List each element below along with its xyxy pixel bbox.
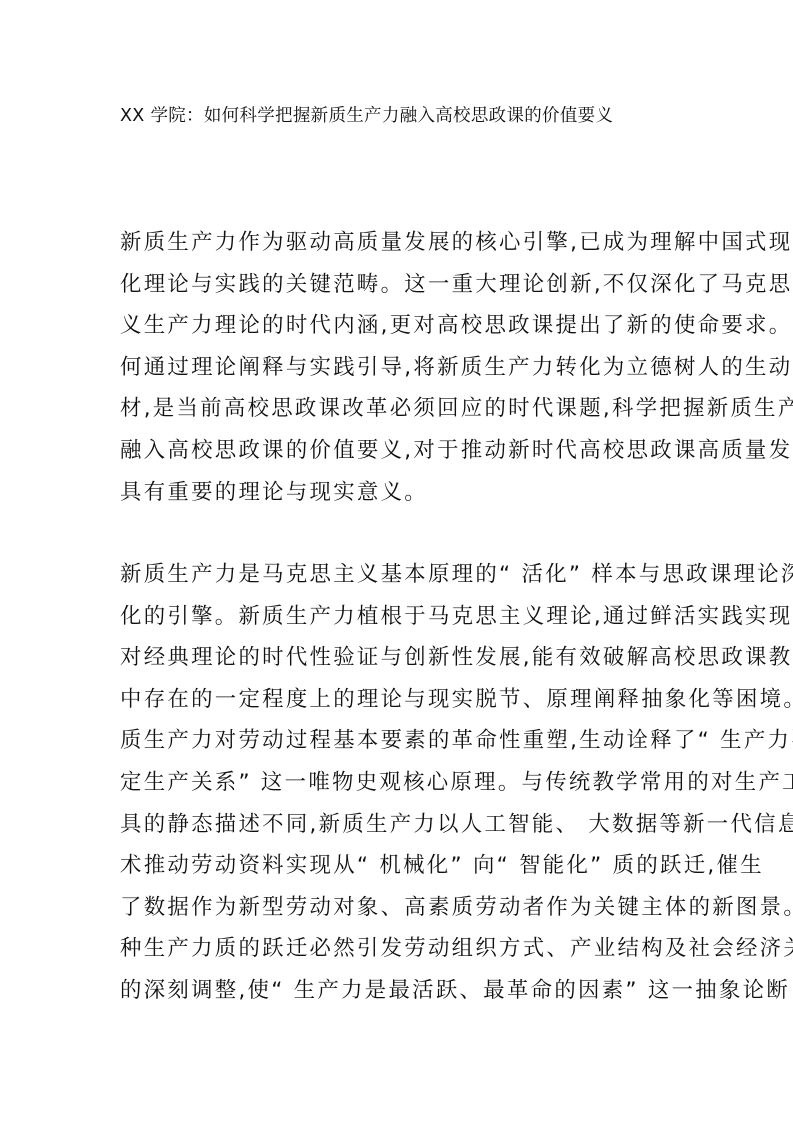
paragraph-line: 新质生产力是马克思主义基本原理的“ 活化” 样本与思政课理论深 (120, 554, 680, 596)
paragraph-line: 术推动劳动资料实现从“ 机械化” 向“ 智能化” 质的跃迁,催生 (120, 845, 680, 887)
paragraph-line: 新质生产力作为驱动高质量发展的核心引擎,已成为理解中国式现代 (120, 222, 680, 264)
paragraph-body: 新质生产力是马克思主义基本原理的“ 活化” 样本与思政课理论深 化的引擎。新质生… (120, 554, 680, 1012)
paragraph-line: 中存在的一定程度上的理论与现实脱节、原理阐释抽象化等困境。新 (120, 679, 680, 721)
paragraph-line: 定生产关系” 这一唯物史观核心原理。与传统教学常用的对生产工 (120, 762, 680, 804)
document-title: XX 学院：如何科学把握新质生产力融入高校思政课的价值要义 (120, 104, 613, 128)
paragraph-line: 化理论与实践的关键范畴。这一重大理论创新,不仅深化了马克思主 (120, 264, 680, 306)
paragraph-line: 融入高校思政课的价值要义,对于推动新时代高校思政课高质量发展, (120, 430, 680, 472)
paragraph-line: 材,是当前高校思政课改革必须回应的时代课题,科学把握新质生产力 (120, 388, 680, 430)
paragraph-line: 具有重要的理论与现实意义。 (120, 472, 680, 514)
paragraph-line: 何通过理论阐释与实践引导,将新质生产力转化为立德树人的生动教 (120, 347, 680, 389)
document-page: XX 学院：如何科学把握新质生产力融入高校思政课的价值要义 新质生产力作为驱动高… (0, 0, 793, 1122)
paragraph-line: 的深刻调整,使“ 生产力是最活跃、最革命的因素” 这一抽象论断 (120, 970, 680, 1012)
paragraph-line: 化的引擎。新质生产力植根于马克思主义理论,通过鲜活实践实现了 (120, 596, 680, 638)
paragraph-line: 具的静态描述不同,新质生产力以人工智能、 大数据等新一代信息技 (120, 804, 680, 846)
paragraph-line: 了数据作为新型劳动对象、高素质劳动者作为关键主体的新图景。这 (120, 887, 680, 929)
paragraph-line: 义生产力理论的时代内涵,更对高校思政课提出了新的使命要求。如 (120, 305, 680, 347)
paragraph-line: 质生产力对劳动过程基本要素的革命性重塑,生动诠释了“ 生产力决 (120, 720, 680, 762)
paragraph-line: 种生产力质的跃迁必然引发劳动组织方式、产业结构及社会经济关系 (120, 928, 680, 970)
paragraph-intro: 新质生产力作为驱动高质量发展的核心引擎,已成为理解中国式现代 化理论与实践的关键… (120, 222, 680, 513)
paragraph-line: 对经典理论的时代性验证与创新性发展,能有效破解高校思政课教学 (120, 637, 680, 679)
